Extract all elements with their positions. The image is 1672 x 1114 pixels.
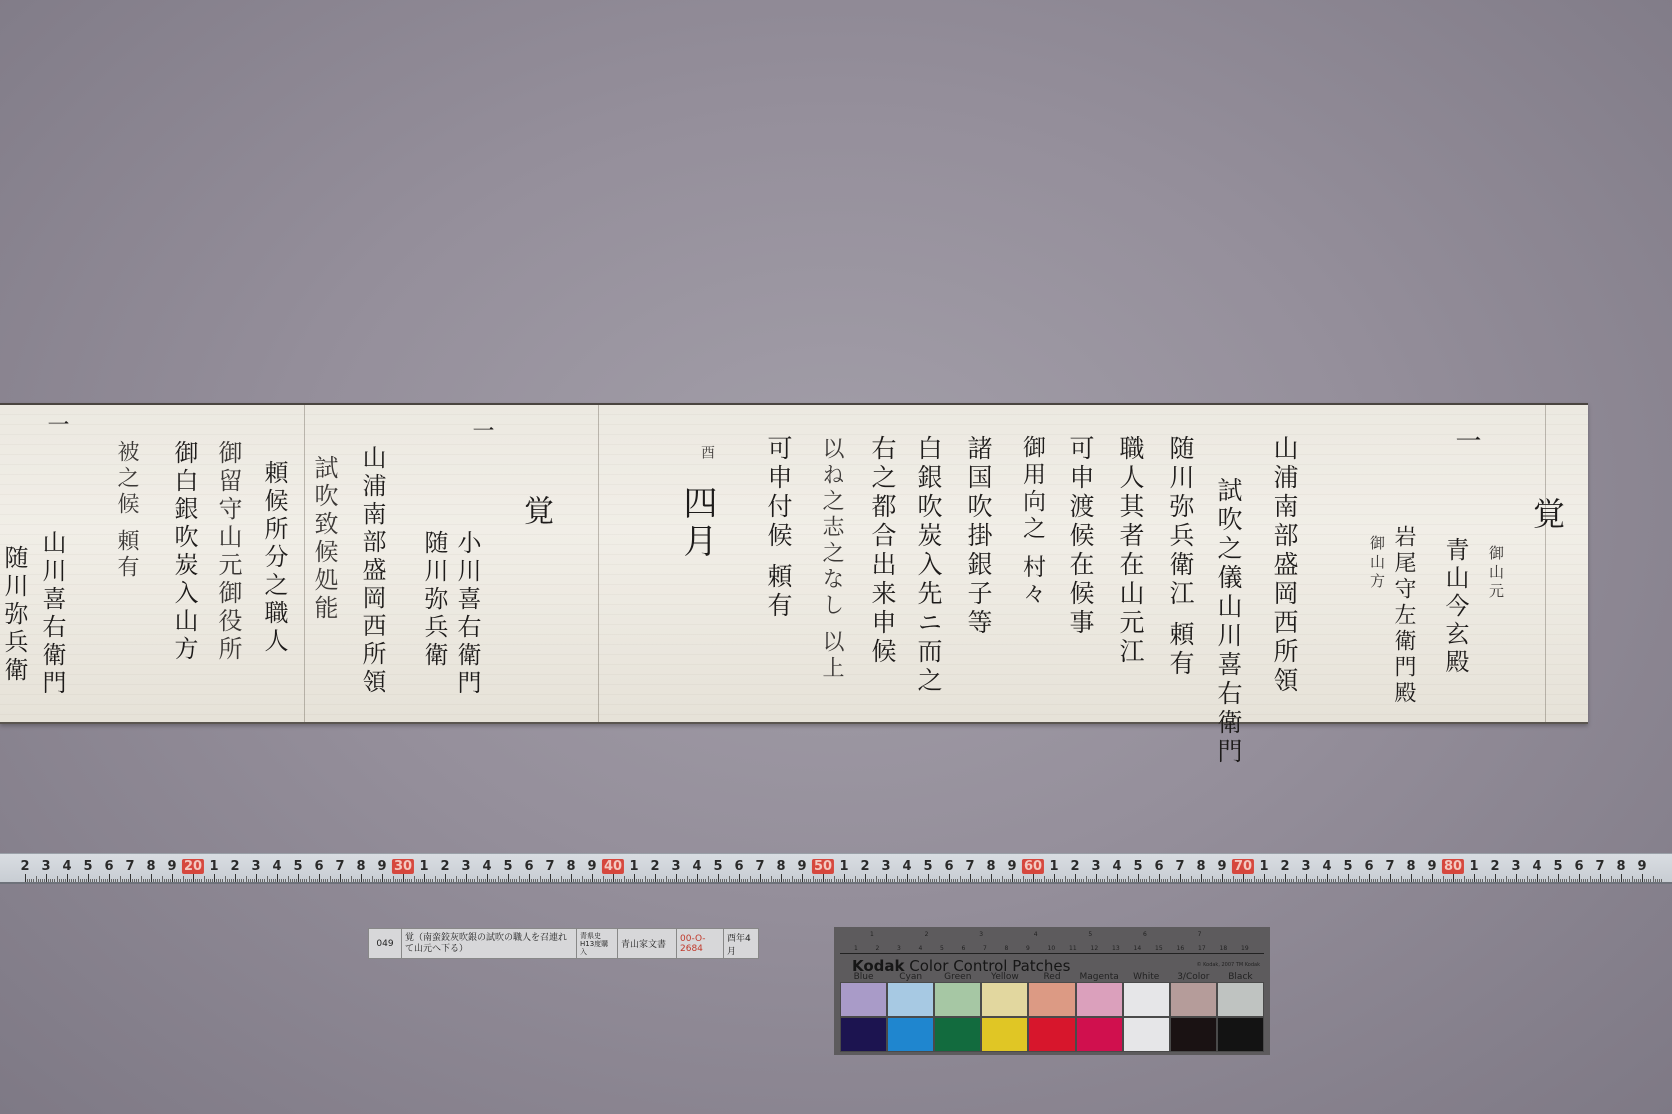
card-scale-cm: 9	[1026, 945, 1030, 952]
ruler-mm-tick	[243, 879, 244, 882]
ruler-mm-tick	[1287, 879, 1288, 882]
ruler-mm-tick	[716, 879, 717, 882]
date-month: 四月	[680, 485, 714, 561]
catalog-code: 00-O-2684	[677, 929, 724, 958]
ruler-mm-tick	[504, 879, 505, 882]
ruler-mm-tick	[1661, 879, 1662, 882]
ruler-mm-tick	[1308, 879, 1309, 882]
ruler-mm-tick	[1466, 879, 1467, 882]
card-scale-inch: 7	[1198, 931, 1202, 938]
ruler-mm-tick	[525, 879, 526, 882]
ruler-mm-tick	[651, 879, 652, 882]
ruler-mm-tick	[649, 879, 650, 882]
ruler-mm-tick	[1548, 876, 1549, 882]
ruler-mm-tick	[632, 879, 633, 882]
ruler-tick	[1285, 874, 1286, 882]
ruler-label: 9	[1427, 859, 1436, 874]
ruler-mm-tick	[1386, 879, 1387, 882]
ruler-mm-tick	[380, 879, 381, 882]
ruler-major-label: 20	[182, 859, 204, 874]
ruler-mm-tick	[1155, 879, 1156, 882]
ruler-tick	[1600, 874, 1601, 882]
ruler-mm-tick	[569, 879, 570, 882]
ruler-mm-tick	[687, 876, 688, 882]
ruler-mm-tick	[1195, 879, 1196, 882]
ruler-mm-tick	[185, 879, 186, 882]
ruler-mm-tick	[960, 876, 961, 882]
ruler-mm-tick	[666, 876, 667, 882]
ruler-mm-tick	[430, 879, 431, 882]
ruler-mm-tick	[1228, 879, 1229, 882]
ruler-mm-tick	[1319, 879, 1320, 882]
ruler-mm-tick	[1220, 879, 1221, 882]
ruler-mm-tick	[668, 879, 669, 882]
ruler-mm-tick	[474, 879, 475, 882]
ruler-mm-tick	[985, 879, 986, 882]
ruler-mm-tick	[857, 879, 858, 882]
ruler-mm-tick	[294, 879, 295, 882]
ruler-mm-tick	[876, 876, 877, 882]
ruler-mm-tick	[1499, 879, 1500, 882]
ruler-tick	[571, 874, 572, 882]
ruler-tick	[1390, 874, 1391, 882]
ruler-label: 9	[1217, 859, 1226, 874]
ruler-mm-tick	[981, 876, 982, 882]
ruler-mm-tick	[1445, 879, 1446, 882]
ruler-tick	[88, 874, 89, 882]
ruler-mm-tick	[353, 879, 354, 882]
heading: 覚	[1531, 497, 1563, 533]
ruler-tick	[1411, 874, 1412, 882]
ruler-mm-tick	[84, 879, 85, 882]
patch-name: Cyan	[887, 972, 934, 982]
ruler-mm-tick	[1608, 879, 1609, 882]
ruler-mm-tick	[149, 879, 150, 882]
ruler-tick	[508, 874, 509, 882]
ruler-mm-tick	[544, 879, 545, 882]
ruler-mm-tick	[852, 879, 853, 882]
ruler-mm-tick	[699, 879, 700, 882]
ruler-mm-tick	[262, 879, 263, 882]
ruler-mm-tick	[1119, 879, 1120, 882]
ruler-mm-tick	[1291, 879, 1292, 882]
ruler-mm-tick	[1109, 879, 1110, 882]
ruler-mm-tick	[204, 876, 205, 882]
ruler-mm-tick	[987, 879, 988, 882]
ruler-tick	[1012, 874, 1013, 882]
text-column: 頼候所分之職人	[262, 460, 286, 656]
ruler-mm-tick	[222, 879, 223, 882]
ruler-mm-tick	[1058, 879, 1059, 882]
color-patch-light	[1217, 982, 1264, 1017]
card-scale-cm: 7	[983, 945, 987, 952]
ruler-mm-tick	[663, 879, 664, 882]
ruler-tick	[1579, 874, 1580, 882]
ruler-mm-tick	[512, 879, 513, 882]
ruler-mm-tick	[273, 879, 274, 882]
ruler-mm-tick	[1512, 879, 1513, 882]
ruler-mm-tick	[1016, 879, 1017, 882]
ruler-mm-tick	[386, 879, 387, 882]
ruler-mm-tick	[741, 879, 742, 882]
text-column: 職人其者在山元江	[1118, 435, 1143, 667]
card-scale-cm: 3	[897, 945, 901, 952]
ruler-mm-tick	[1638, 879, 1639, 882]
ruler-label: 3	[41, 859, 50, 874]
ruler-mm-tick	[911, 879, 912, 882]
ruler-mm-tick	[1478, 879, 1479, 882]
ruler-mm-tick	[138, 879, 139, 882]
ruler-mm-tick	[309, 876, 310, 882]
ruler-mm-tick	[1203, 879, 1204, 882]
measuring-tape: 2345678920123456789301234567894012345678…	[0, 853, 1672, 884]
ruler-mm-tick	[1371, 879, 1372, 882]
ruler-mm-tick	[206, 879, 207, 882]
ruler-mm-tick	[378, 879, 379, 882]
ruler-mm-tick	[63, 879, 64, 882]
ruler-mm-tick	[1590, 876, 1591, 882]
ruler-mm-tick	[231, 879, 232, 882]
ruler-mm-tick	[1046, 879, 1047, 882]
ruler-tick	[550, 874, 551, 882]
ruler-label: 4	[692, 859, 701, 874]
ruler-mm-tick	[414, 876, 415, 882]
ruler-mm-tick	[453, 879, 454, 882]
ruler-mm-tick	[535, 879, 536, 882]
ruler-mm-tick	[582, 876, 583, 882]
ruler-mm-tick	[1260, 879, 1261, 882]
ruler-mm-tick	[733, 879, 734, 882]
ruler-mm-tick	[451, 879, 452, 882]
ruler-mm-tick	[1333, 879, 1334, 882]
ruler-mm-tick	[1281, 879, 1282, 882]
ruler-mm-tick	[1562, 879, 1563, 882]
ruler-tick	[1243, 874, 1244, 882]
ruler-mm-tick	[220, 879, 221, 882]
ruler-mm-tick	[1629, 879, 1630, 882]
ruler-tick	[1516, 874, 1517, 882]
ruler-mm-tick	[1529, 879, 1530, 882]
color-patch-light	[1123, 982, 1170, 1017]
ruler-mm-tick	[962, 879, 963, 882]
addressee-label: 御山元	[1488, 545, 1503, 602]
ruler-tick	[445, 874, 446, 882]
ruler-mm-tick	[40, 879, 41, 882]
ruler-tick	[319, 874, 320, 882]
ruler-mm-tick	[1310, 879, 1311, 882]
text-column: 右之都合出来申候	[870, 435, 895, 667]
ruler-mm-tick	[481, 879, 482, 882]
signature: 山川喜右衛門	[40, 530, 64, 698]
ruler-mm-tick	[267, 876, 268, 882]
ruler-mm-tick	[1556, 879, 1557, 882]
ruler-mm-tick	[462, 879, 463, 882]
ruler-mm-tick	[1031, 879, 1032, 882]
ruler-label: 5	[83, 859, 92, 874]
ruler-mm-tick	[787, 879, 788, 882]
ruler-mm-tick	[1014, 879, 1015, 882]
ruler-label: 1	[209, 859, 218, 874]
ruler-mm-tick	[1592, 879, 1593, 882]
ruler-mm-tick	[290, 879, 291, 882]
ruler-mm-tick	[304, 879, 305, 882]
ruler-mm-tick	[96, 879, 97, 882]
card-scale-cm: 17	[1198, 945, 1206, 952]
ruler-mm-tick	[720, 879, 721, 882]
ruler-mm-tick	[710, 879, 711, 882]
ruler-label: 2	[20, 859, 29, 874]
ruler-mm-tick	[968, 879, 969, 882]
card-scale-cm: 11	[1069, 945, 1077, 952]
ruler-mm-tick	[254, 879, 255, 882]
ruler-mm-tick	[1128, 876, 1129, 882]
ruler-mm-tick	[409, 879, 410, 882]
ruler-mm-tick	[1134, 879, 1135, 882]
ruler-mm-tick	[439, 879, 440, 882]
ruler-mm-tick	[1010, 879, 1011, 882]
ruler-mm-tick	[1317, 876, 1318, 882]
ruler-mm-tick	[248, 879, 249, 882]
ruler-mm-tick	[506, 879, 507, 882]
card-scale-cm: 14	[1134, 945, 1142, 952]
ruler-mm-tick	[36, 876, 37, 882]
ruler-mm-tick	[821, 879, 822, 882]
ruler-mm-tick	[750, 876, 751, 882]
ruler-label: 6	[314, 859, 323, 874]
ruler-mm-tick	[953, 879, 954, 882]
ruler-mm-tick	[1115, 879, 1116, 882]
ruler-mm-tick	[170, 879, 171, 882]
ruler-mm-tick	[794, 879, 795, 882]
ruler-mm-tick	[1184, 879, 1185, 882]
ruler-major-label: 30	[392, 859, 414, 874]
ruler-mm-tick	[441, 879, 442, 882]
ruler-tick	[886, 874, 887, 882]
ruler-mm-tick	[1079, 879, 1080, 882]
heading: 覚	[520, 495, 550, 529]
ruler-mm-tick	[594, 879, 595, 882]
ruler-mm-tick	[1025, 879, 1026, 882]
ruler-label: 8	[1616, 859, 1625, 874]
ruler-mm-tick	[1209, 879, 1210, 882]
ruler-mm-tick	[1170, 876, 1171, 882]
ruler-mm-tick	[1302, 879, 1303, 882]
ruler-mm-tick	[1140, 879, 1141, 882]
ruler-mm-tick	[813, 876, 814, 882]
ruler-label: 1	[839, 859, 848, 874]
ruler-mm-tick	[80, 879, 81, 882]
ruler-mm-tick	[399, 879, 400, 882]
ruler-mm-tick	[443, 879, 444, 882]
card-scale-cm: 10	[1048, 945, 1056, 952]
ruler-tick	[718, 874, 719, 882]
ruler-mm-tick	[1539, 879, 1540, 882]
ruler-tick	[760, 874, 761, 882]
ruler-mm-tick	[1182, 879, 1183, 882]
date-year: 酉	[700, 445, 714, 463]
ruler-mm-tick	[1413, 879, 1414, 882]
ruler-label: 8	[566, 859, 575, 874]
card-scale-inch: 3	[979, 931, 983, 938]
ruler-mm-tick	[1422, 876, 1423, 882]
ruler-mm-tick	[92, 879, 93, 882]
ruler-label: 3	[461, 859, 470, 874]
ruler-mm-tick	[1174, 879, 1175, 882]
ruler-mm-tick	[164, 879, 165, 882]
ruler-mm-tick	[747, 879, 748, 882]
ruler-label: 1	[1259, 859, 1268, 874]
ruler-label: 7	[755, 859, 764, 874]
card-scale-cm: 12	[1091, 945, 1099, 952]
ruler-mm-tick	[1020, 879, 1021, 882]
ruler-mm-tick	[966, 879, 967, 882]
ruler-mm-tick	[626, 879, 627, 882]
ruler-mm-tick	[1214, 879, 1215, 882]
ruler-label: 6	[1364, 859, 1373, 874]
ruler-mm-tick	[426, 879, 427, 882]
ruler-major-label: 40	[602, 859, 624, 874]
ruler-tick	[172, 874, 173, 882]
color-patch-dark	[1170, 1017, 1217, 1052]
ruler-mm-tick	[1604, 879, 1605, 882]
ruler-mm-tick	[1163, 879, 1164, 882]
ruler-mm-tick	[191, 879, 192, 882]
ruler-mm-tick	[598, 879, 599, 882]
ruler-mm-tick	[176, 879, 177, 882]
ruler-mm-tick	[1518, 879, 1519, 882]
paper-seam	[304, 405, 305, 722]
ruler-mm-tick	[1415, 879, 1416, 882]
ruler-mm-tick	[1039, 879, 1040, 882]
color-patches	[840, 982, 1264, 1052]
color-patch-dark	[981, 1017, 1028, 1052]
ruler-mm-tick	[1533, 879, 1534, 882]
ruler-mm-tick	[1077, 879, 1078, 882]
ruler-tick	[256, 874, 257, 882]
ruler-mm-tick	[561, 876, 562, 882]
ruler-mm-tick	[1581, 879, 1582, 882]
ruler-mm-tick	[136, 879, 137, 882]
ruler-mm-tick	[1531, 879, 1532, 882]
ruler-mm-tick	[388, 879, 389, 882]
card-scale-cm: 19	[1241, 945, 1249, 952]
ruler-mm-tick	[615, 879, 616, 882]
ruler-mm-tick	[418, 879, 419, 882]
ruler-mm-tick	[789, 879, 790, 882]
ruler-mm-tick	[1121, 879, 1122, 882]
ruler-mm-tick	[777, 879, 778, 882]
ruler-mm-tick	[1373, 879, 1374, 882]
ruler-mm-tick	[456, 876, 457, 882]
ruler-mm-tick	[1470, 879, 1471, 882]
card-scale: 123456789101112131415161718191234567	[840, 931, 1264, 954]
ruler-mm-tick	[1092, 879, 1093, 882]
ruler-mm-tick	[1464, 876, 1465, 882]
ruler-mm-tick	[775, 879, 776, 882]
ruler-mm-tick	[586, 879, 587, 882]
ruler-mm-tick	[126, 879, 127, 882]
ruler-tick	[1642, 874, 1643, 882]
ruler-mm-tick	[829, 879, 830, 882]
ruler-mm-tick	[94, 879, 95, 882]
ruler-mm-tick	[808, 879, 809, 882]
ruler-mm-tick	[754, 879, 755, 882]
ruler-mm-tick	[155, 879, 156, 882]
ruler-mm-tick	[464, 879, 465, 882]
ruler-mm-tick	[355, 879, 356, 882]
ruler-mm-tick	[1142, 879, 1143, 882]
ruler-mm-tick	[1256, 879, 1257, 882]
ruler-label: 7	[1175, 859, 1184, 874]
color-patch-light	[981, 982, 1028, 1017]
ruler-tick	[865, 874, 866, 882]
ruler-mm-tick	[168, 879, 169, 882]
ruler-mm-tick	[61, 879, 62, 882]
ruler-mm-tick	[325, 879, 326, 882]
ruler-label: 9	[377, 859, 386, 874]
ruler-tick	[1222, 874, 1223, 882]
ruler-mm-tick	[1216, 879, 1217, 882]
text-column: 御留守山元御役所	[216, 440, 240, 664]
ruler-mm-tick	[1485, 876, 1486, 882]
ruler-mm-tick	[479, 879, 480, 882]
ruler-mm-tick	[628, 879, 629, 882]
ruler-mm-tick	[1506, 876, 1507, 882]
ruler-mm-tick	[540, 876, 541, 882]
ruler-mm-tick	[743, 879, 744, 882]
ruler-mm-tick	[729, 876, 730, 882]
ruler-mm-tick	[395, 879, 396, 882]
ruler-mm-tick	[995, 879, 996, 882]
ruler-label: 9	[1007, 859, 1016, 874]
ruler-mm-tick	[926, 879, 927, 882]
ruler-mm-tick	[1640, 879, 1641, 882]
ruler-mm-tick	[603, 876, 604, 882]
ruler-tick	[697, 874, 698, 882]
ruler-mm-tick	[1575, 879, 1576, 882]
ruler-tick	[298, 874, 299, 882]
ruler-mm-tick	[1071, 879, 1072, 882]
ruler-mm-tick	[1566, 879, 1567, 882]
ruler-mm-tick	[416, 879, 417, 882]
ruler-mm-tick	[1312, 879, 1313, 882]
patch-name: Black	[1217, 972, 1264, 982]
ruler-mm-tick	[645, 876, 646, 882]
ruler-mm-tick	[764, 879, 765, 882]
ruler-label: 4	[902, 859, 911, 874]
ruler-mm-tick	[411, 879, 412, 882]
ruler-mm-tick	[1550, 879, 1551, 882]
text-column: 可申渡候在候事	[1068, 435, 1093, 638]
ruler-mm-tick	[1037, 879, 1038, 882]
ruler-mm-tick	[617, 879, 618, 882]
ruler-mm-tick	[800, 879, 801, 882]
patch-name: 3/Color	[1170, 972, 1217, 982]
ruler-mm-tick	[275, 879, 276, 882]
ruler-mm-tick	[1289, 879, 1290, 882]
ruler-mm-tick	[972, 879, 973, 882]
ruler-mm-tick	[1235, 879, 1236, 882]
ruler-mm-tick	[1659, 879, 1660, 882]
color-patch-light	[1170, 982, 1217, 1017]
text-column: 御白銀吹炭入山方	[172, 440, 196, 664]
ruler-mm-tick	[548, 879, 549, 882]
ruler-tick	[949, 874, 950, 882]
ruler-mm-tick	[1438, 879, 1439, 882]
ruler-mm-tick	[90, 879, 91, 882]
ruler-mm-tick	[260, 879, 261, 882]
text-column: 可申付候 頼有	[766, 435, 791, 621]
